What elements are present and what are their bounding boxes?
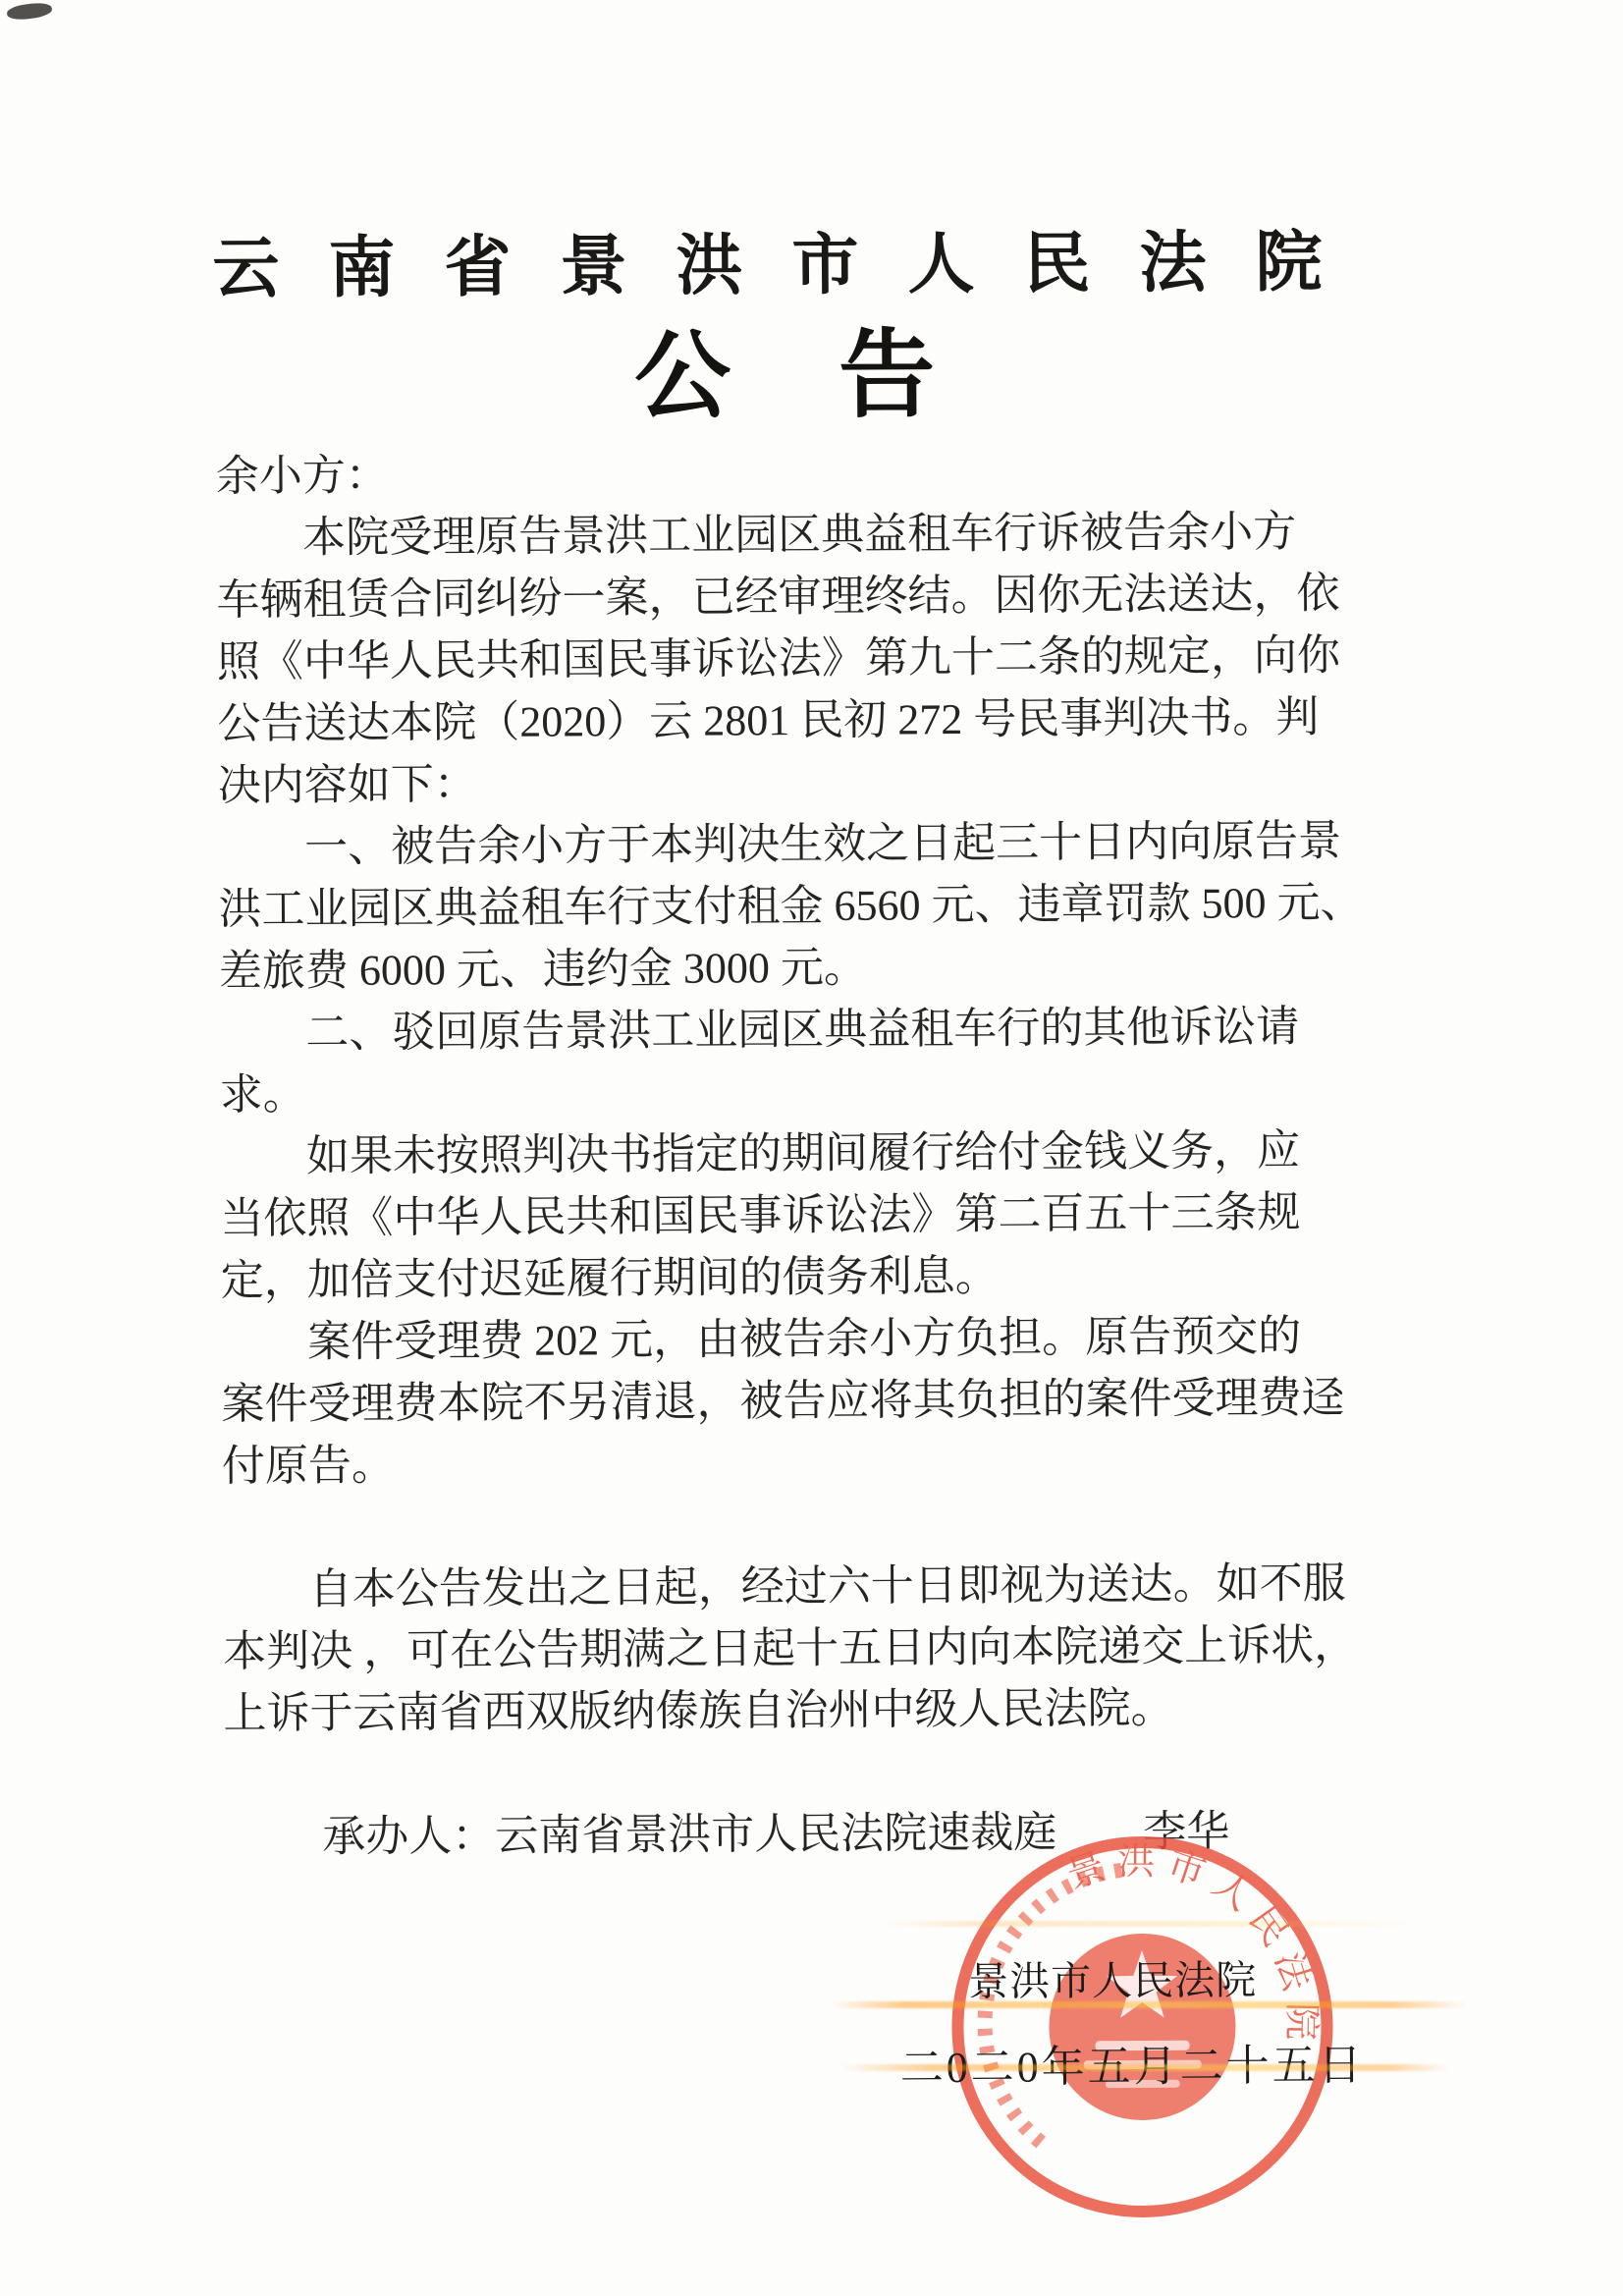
notice-date: 二0二0年五月二十五日 xyxy=(900,2030,1365,2096)
body-line: 当依照《中华人民共和国民事诉讼法》第二百五十三条规 xyxy=(220,1180,1428,1250)
court-notice-page: 云南省景洪市人民法院 公告 余小方：本院受理原告景洪工业园区典益租车行诉被告余小… xyxy=(0,0,1623,2296)
body-lines: 余小方：本院受理原告景洪工业园区典益租车行诉被告余小方车辆租赁合同纠纷一案，已经… xyxy=(216,438,1432,1744)
body-line: 本院受理原告景洪工业园区典益租车行诉被告余小方 xyxy=(216,500,1424,570)
body-line-blank xyxy=(222,1490,1430,1559)
notice-body: 余小方：本院受理原告景洪工业园区典益租车行诉被告余小方车辆租赁合同纠纷一案，已经… xyxy=(216,438,1433,1868)
body-line: 本判决 ，可在公告期满之日起十五日内向本院递交上诉状， xyxy=(223,1613,1431,1683)
body-line: 案件受理费本院不另清退，被告应将其负担的案件受理费迳 xyxy=(221,1366,1429,1436)
body-line: 如果未按照判决书指定的期间履行给付金钱义务，应 xyxy=(220,1119,1428,1188)
body-line: 自本公告发出之日起，经过六十日即视为送达。如不服 xyxy=(223,1552,1431,1621)
body-line: 决内容如下： xyxy=(218,747,1426,817)
body-line: 案件受理费 202 元，由被告余小方负担。原告预交的 xyxy=(221,1304,1429,1374)
body-line: 洪工业园区典益租车行支付租金 6560 元、违章罚款 500 元、 xyxy=(218,871,1426,941)
body-line: 求。 xyxy=(219,1057,1427,1126)
body-line: 上诉于云南省西双版纳傣族自治州中级人民法院。 xyxy=(223,1675,1431,1745)
body-line: 公告送达本院（2020）云 2801 民初 272 号民事判决书。判 xyxy=(217,685,1425,755)
scanned-document: 云南省景洪市人民法院 公告 余小方：本院受理原告景洪工业园区典益租车行诉被告余小… xyxy=(0,0,1623,2296)
official-red-seal: 景洪市人民法院 xyxy=(945,1830,1339,2224)
body-line: 一、被告余小方于本判决生效之日起三十日内向原告景 xyxy=(218,809,1426,879)
body-line: 二、驳回原告景洪工业园区典益租车行的其他诉讼请 xyxy=(219,995,1427,1065)
body-line: 照《中华人民共和国民事诉讼法》第九十二条的规定，向你 xyxy=(217,624,1425,693)
body-line: 定，加倍支付迟延履行期间的债务利息。 xyxy=(221,1242,1429,1312)
body-line: 余小方： xyxy=(216,438,1424,508)
body-line: 车辆租赁合同纠纷一案，已经审理终结。因你无法送达，依 xyxy=(216,562,1424,631)
body-line: 差旅费 6000 元、违约金 3000 元。 xyxy=(219,933,1427,1003)
notice-title: 公告 xyxy=(634,298,1044,439)
body-line: 付原告。 xyxy=(222,1428,1430,1498)
court-name-heading: 云南省景洪市人民法院 xyxy=(212,209,1372,311)
issuing-court-name: 景洪市人民法院 xyxy=(968,1947,1257,2007)
